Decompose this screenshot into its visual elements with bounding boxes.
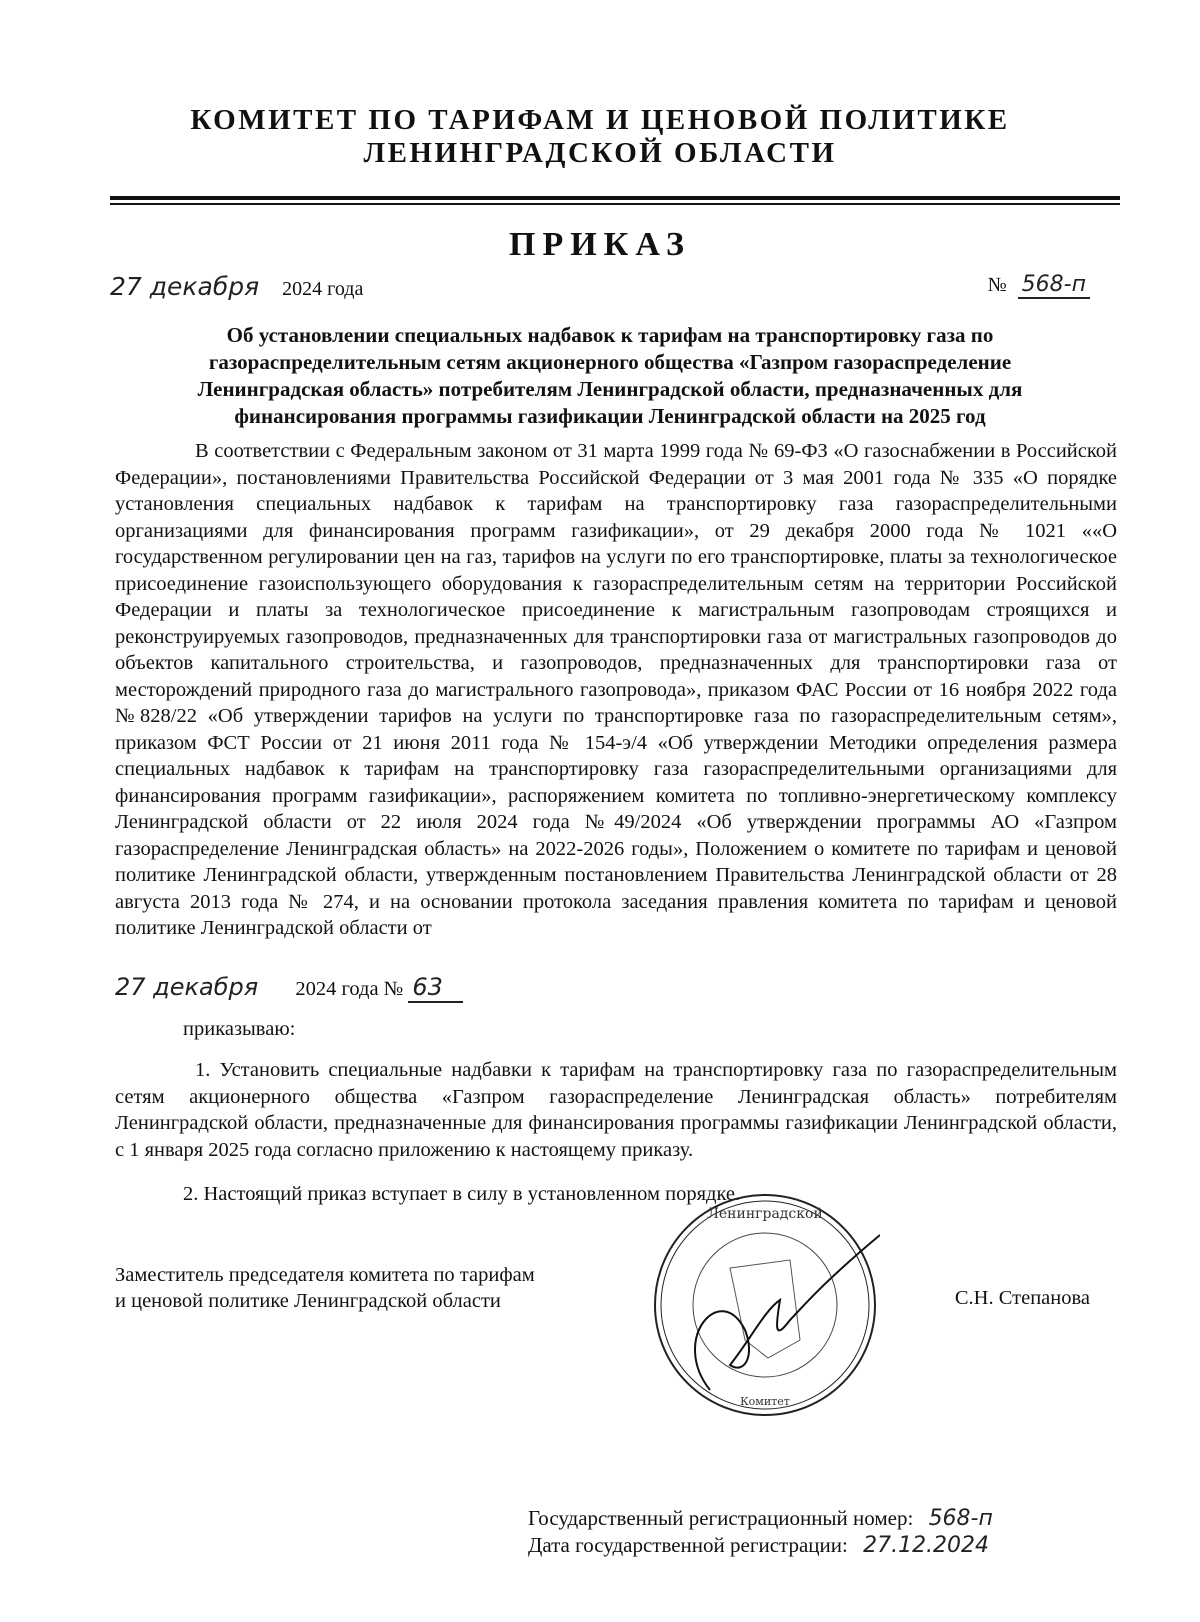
- handwritten-date: 27 декабря: [110, 272, 259, 301]
- order-item-1: 1. Установить специальные надбавки к тар…: [115, 1057, 1117, 1163]
- document-number: № 568-п: [988, 272, 1090, 297]
- official-stamp-icon: Ленинградской Комитет: [650, 1190, 880, 1420]
- registration-date-row: Дата государственной регистрации: 27.12.…: [528, 1532, 993, 1559]
- svg-text:Комитет: Комитет: [740, 1395, 790, 1408]
- signatory-position-line2: и ценовой политике Ленинградской области: [115, 1288, 535, 1314]
- document-date: 27 декабря 2024 года: [110, 272, 363, 301]
- registration-date-value: 27.12.2024: [863, 1533, 989, 1558]
- registration-number-value: 568-п: [929, 1506, 993, 1531]
- signatory-name: С.Н. Степанова: [955, 1287, 1090, 1310]
- organization-name-line2: ЛЕНИНГРАДСКОЙ ОБЛАСТИ: [0, 137, 1200, 170]
- document-subject: Об установлении специальных надбавок к т…: [140, 322, 1080, 430]
- registration-block: Государственный регистрационный номер: 5…: [528, 1505, 993, 1559]
- protocol-year: 2024 года №: [295, 978, 403, 1000]
- document-page: КОМИТЕТ ПО ТАРИФАМ И ЦЕНОВОЙ ПОЛИТИКЕ ЛЕ…: [0, 0, 1200, 1622]
- registration-number-label: Государственный регистрационный номер:: [528, 1506, 913, 1530]
- registration-date-label: Дата государственной регистрации:: [528, 1533, 848, 1557]
- number-prefix: №: [988, 274, 1007, 296]
- handwritten-number: 568-п: [1018, 272, 1090, 299]
- handwritten-protocol-number: 63: [408, 973, 463, 1003]
- header-divider-thin: [110, 203, 1120, 205]
- date-year: 2024 года: [282, 278, 363, 300]
- order-word: приказываю:: [183, 1018, 295, 1041]
- header-divider-thick: [110, 196, 1120, 200]
- svg-text:Ленинградской: Ленинградской: [707, 1206, 823, 1222]
- document-type-title: ПРИКАЗ: [0, 226, 1200, 264]
- signatory-position: Заместитель председателя комитета по тар…: [115, 1262, 535, 1314]
- handwritten-protocol-date: 27 декабря: [115, 973, 258, 1001]
- organization-name-line1: КОМИТЕТ ПО ТАРИФАМ И ЦЕНОВОЙ ПОЛИТИКЕ: [0, 104, 1200, 137]
- registration-number-row: Государственный регистрационный номер: 5…: [528, 1505, 993, 1532]
- preamble-paragraph: В соответствии с Федеральным законом от …: [115, 438, 1117, 942]
- protocol-reference: 27 декабря 2024 года № 63: [115, 973, 495, 1001]
- signatory-position-line1: Заместитель председателя комитета по тар…: [115, 1262, 535, 1288]
